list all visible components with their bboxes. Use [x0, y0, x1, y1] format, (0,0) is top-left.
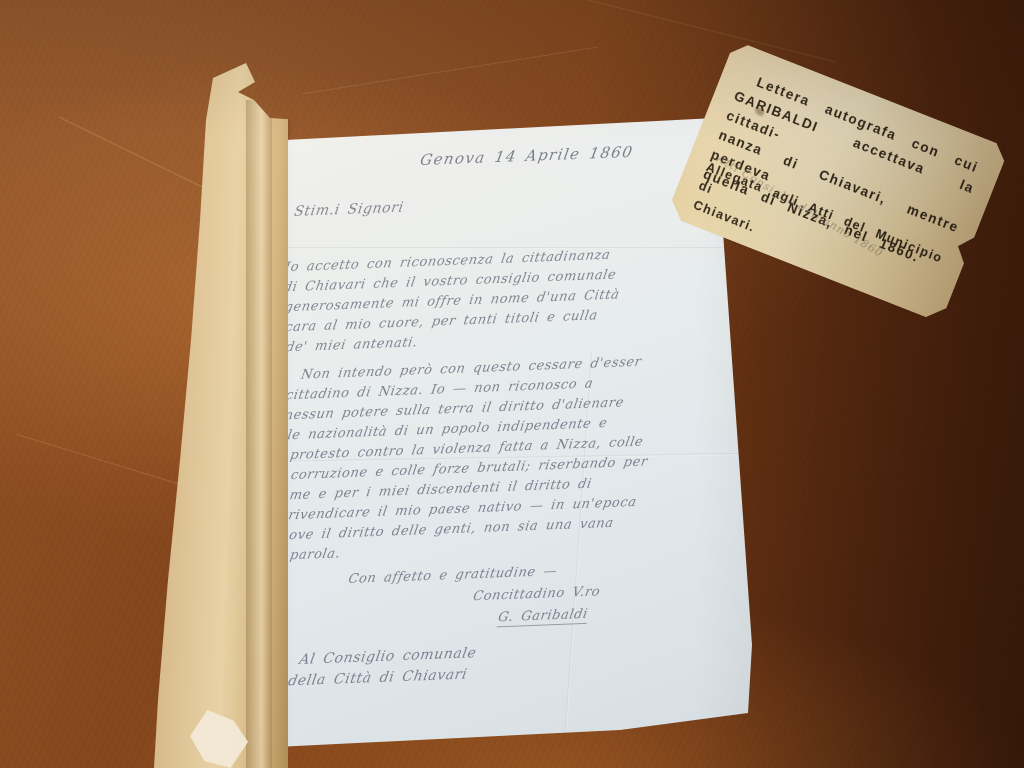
- letter-address-line: della Città di Chiavari: [287, 666, 469, 689]
- letter-signoff: Concittadino V.ro: [472, 584, 602, 604]
- backing-paper-fold: [246, 100, 272, 768]
- letter-salutation: Stim.i Signori: [293, 200, 405, 220]
- letter-address-line: Al Consiglio comunale: [298, 645, 478, 668]
- wood-scratch: [302, 47, 598, 95]
- wood-scratch: [584, 0, 837, 62]
- letter-dateline: Genova 14 Aprile 1860: [419, 143, 635, 169]
- backing-paper-torn-chip: [190, 710, 248, 768]
- photo-of-garibaldi-letter: Genova 14 Aprile 1860 Stim.i Signori Io …: [0, 0, 1024, 768]
- letter-closing: Con affetto e gratitudine —: [347, 564, 558, 587]
- letter-body-line: de' miei antenati.: [284, 335, 419, 360]
- letter-signature: G. Garibaldi: [497, 607, 590, 628]
- letter-body-line: parola.: [288, 546, 342, 568]
